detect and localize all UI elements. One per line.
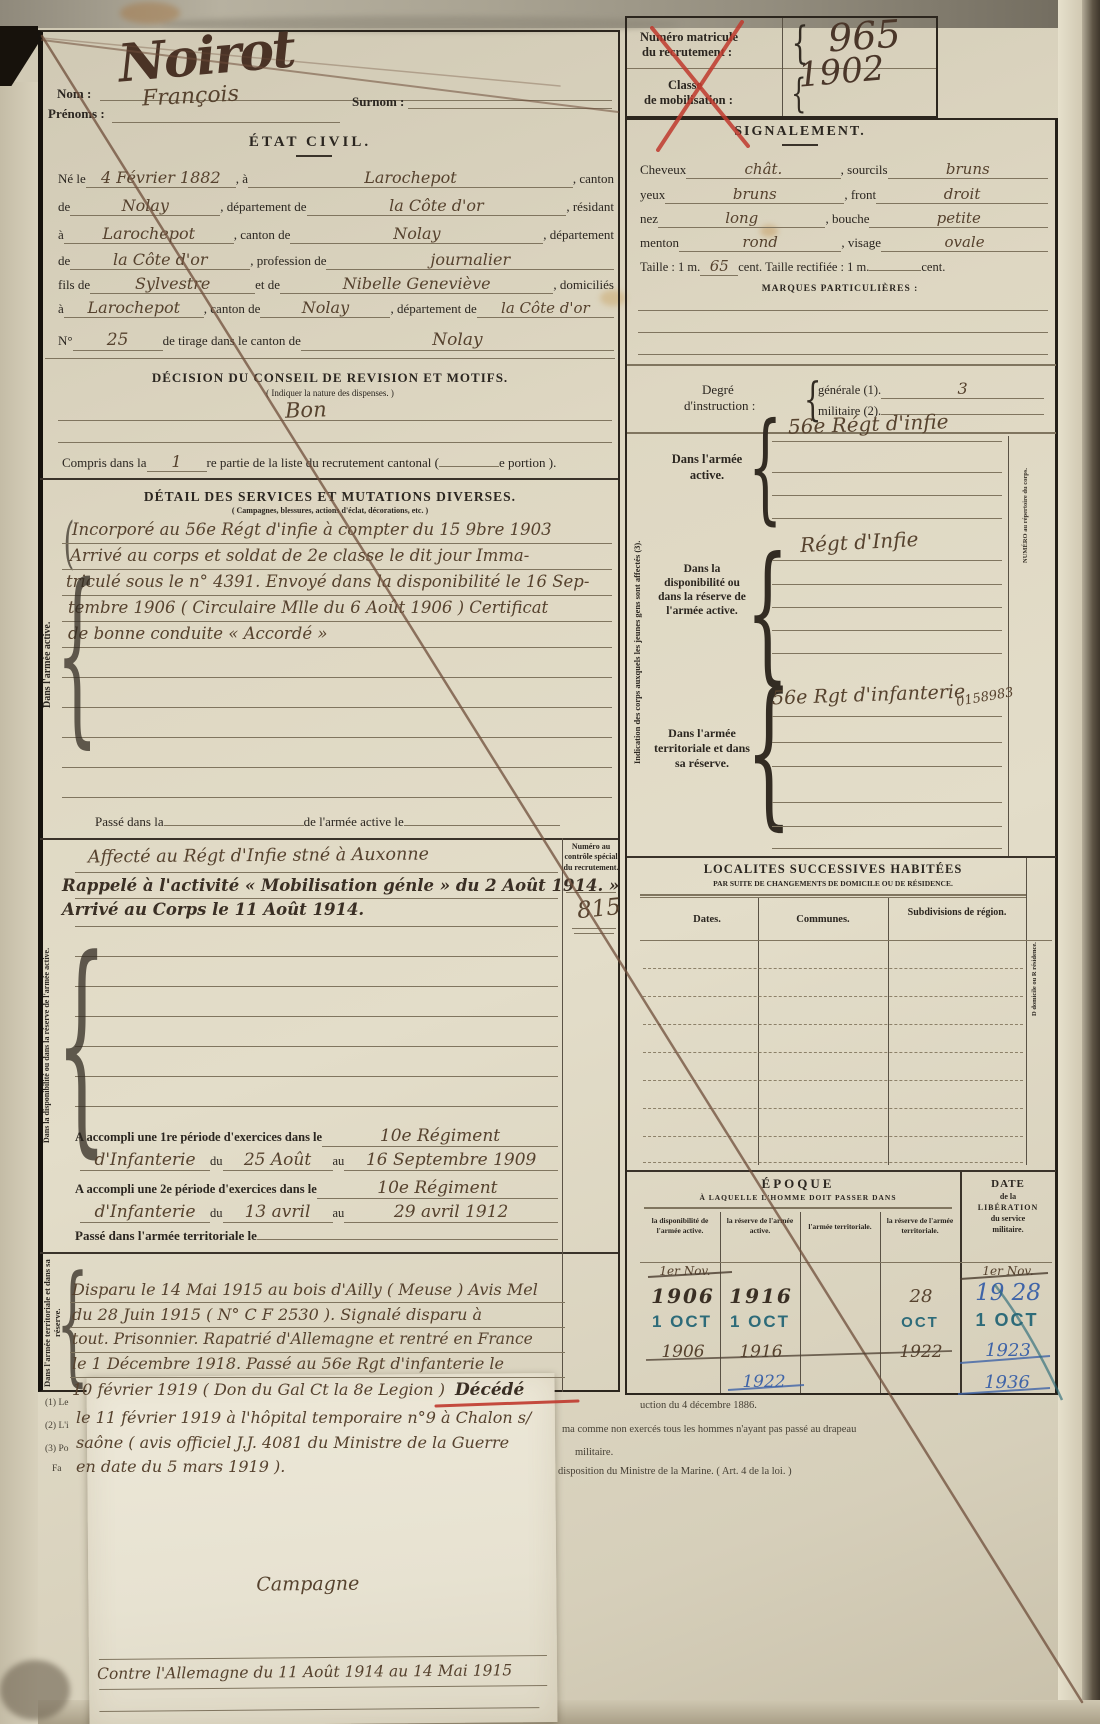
localites-col-subdivisions: Subdivisions de région. — [896, 906, 1018, 919]
ruled-line — [638, 354, 1048, 355]
residence-place: Larochepot — [64, 224, 234, 244]
compris-line: Compris dans la 1 re partie de la liste … — [62, 452, 612, 472]
label: cent. — [921, 260, 945, 275]
decision-subtitle: ( Indiquer la nature des dispenses. ) — [60, 388, 600, 398]
residence-line: à Larochepot , canton de Nolay , départe… — [58, 224, 614, 244]
ruled-line — [75, 1106, 558, 1107]
domicile-place: Larochepot — [64, 298, 204, 318]
label: au — [333, 1206, 345, 1221]
localites-title: LOCALITES SUCCESSIVES HABITÉES — [640, 862, 1026, 877]
label: , sourcils — [841, 162, 888, 178]
ruled-line — [572, 928, 616, 929]
table-row-line — [643, 1024, 1023, 1025]
epoque-col4-header: la réserve de l'armée territoriale. — [882, 1216, 958, 1236]
ruled-line — [772, 653, 1002, 654]
label: cent. Taille rectifiée : 1 m. — [738, 260, 869, 275]
footnote-text: militaire. — [575, 1447, 613, 1458]
label: au — [333, 1154, 345, 1169]
label: re partie de la liste du recrutement can… — [207, 455, 439, 471]
service-note-line: triculé sous le n° 4391. Envoyé dans la … — [66, 572, 589, 591]
ruled-line — [772, 495, 1002, 496]
birth-line-1: Né le 4 Février 1882 , à Larochepot , ca… — [58, 168, 614, 188]
territoriale-note-line: 10 février 1919 ( Don du Gal Ct la 8e Le… — [72, 1380, 524, 1400]
father-name: Sylvestre — [90, 274, 255, 294]
ruled-line — [772, 584, 1002, 585]
ruled-line — [112, 122, 340, 123]
label: , visage — [841, 235, 881, 251]
ruled-line — [62, 737, 612, 738]
margin-label-territoriale: Dans l'armée territoriale et dans sa rés… — [42, 1256, 57, 1390]
epoque-entry: 1916 — [726, 1342, 796, 1362]
residence-canton: Nolay — [290, 224, 543, 244]
profession-line: de la Côte d'or , profession de journali… — [58, 250, 614, 270]
localites-col-dates: Dates. — [662, 914, 752, 925]
ruled-line — [75, 1046, 558, 1047]
footnote-text: ma comme non exercés tous les hommes n'a… — [562, 1424, 856, 1435]
epoque-entry: 19 28 — [962, 1280, 1054, 1306]
ruled-line — [58, 420, 612, 421]
epoque-entry: 1er Nov. — [650, 1264, 720, 1278]
ruled-line — [99, 1707, 539, 1712]
affectation-line: Affecté au Régt d'Infie stné à Auxonne — [88, 845, 429, 868]
label: , résidant — [566, 199, 614, 215]
ruled-line — [640, 1262, 1052, 1263]
territoriale-note-line: en date du 5 mars 1919 ). — [76, 1457, 285, 1476]
ruled-line — [640, 940, 1052, 941]
periode2-fin: 29 avril 1912 — [344, 1202, 558, 1223]
localites-col-domicile-residence: D domicile ou R résidence. — [1031, 904, 1049, 1054]
mother-name: Nibelle Geneviève — [280, 274, 553, 294]
blank — [404, 825, 560, 826]
periode1-regiment: 10e Régiment — [322, 1126, 558, 1147]
controle-label: Numéro au contrôle spécial du recrutemen… — [563, 842, 619, 873]
marques-label: MARQUES PARTICULIÈRES : — [660, 284, 1020, 294]
territoriale-note-line: du 28 Juin 1915 ( N° C F 2530 ). Signalé… — [72, 1305, 482, 1324]
label: Taille : 1 m. — [640, 260, 700, 275]
signalement-title: SIGNALEMENT. — [660, 124, 940, 140]
visage-value: ovale — [881, 233, 1048, 252]
ruled-line — [638, 332, 1048, 333]
table-col-divider — [888, 898, 889, 1165]
firstname-value: François — [141, 81, 239, 111]
ruled-line — [70, 1377, 565, 1378]
ruled-line — [75, 1016, 558, 1017]
epoque-entry: 1er Nov. — [964, 1264, 1052, 1278]
nez-line: nez long , bouche petite — [640, 209, 1048, 228]
footnote-text: disposition du Ministre de la Marine. ( … — [558, 1466, 792, 1477]
label: , canton — [573, 171, 614, 187]
label: , canton de — [234, 227, 291, 243]
surnom-label: Surnom : — [352, 94, 404, 110]
label: yeux — [640, 187, 665, 203]
title-flourish — [296, 155, 332, 157]
parents-line: fils de Sylvestre et de Nibelle Genevièv… — [58, 274, 614, 294]
ruled-line — [62, 621, 612, 622]
passe-territoriale-line: Passé dans l'armée territoriale le — [75, 1228, 558, 1244]
table-row-line — [643, 1108, 1023, 1109]
double-rule — [627, 364, 1056, 366]
service-note-line: Incorporé au 56e Régt d'infie à compter … — [72, 520, 552, 539]
departement-value: la Côte d'or — [307, 196, 567, 216]
ruled-line — [75, 986, 558, 987]
profession-value: journalier — [326, 250, 614, 270]
epoque-entry: 1922 — [726, 1372, 802, 1392]
cheveux-line: Cheveux chât. , sourcils bruns — [640, 160, 1048, 179]
ruled-line — [640, 897, 1026, 898]
degre-label2: d'instruction : — [684, 398, 755, 414]
epoque-col3-header: l'armée territoriale. — [802, 1222, 878, 1232]
book-spine-shadow — [1082, 0, 1100, 1724]
ruled-line — [75, 898, 558, 899]
matricule-label2: du recrutement : — [642, 45, 732, 60]
ruled-line — [772, 607, 1002, 608]
classe-label2: de mobilisation : — [644, 93, 733, 108]
label: , domiciliés — [553, 277, 614, 293]
epoque-col-divider — [880, 1212, 881, 1393]
label: , front — [844, 187, 876, 203]
rappel-line: Rappelé à l'activité « Mobilisation génl… — [62, 876, 619, 895]
label: A accompli une 1re période d'exercices d… — [75, 1130, 322, 1145]
table-row-line — [643, 996, 1023, 997]
brace: { — [56, 560, 98, 750]
label: menton — [640, 235, 679, 251]
date-col-header-2: de la — [964, 1192, 1052, 1201]
table-row-line — [643, 1052, 1023, 1053]
ruled-line — [75, 926, 558, 927]
territoriale-note-line: tout. Prisonnier. Rapatrié d'Allemagne e… — [72, 1330, 533, 1348]
domicile-departement: la Côte d'or — [477, 299, 614, 318]
ruled-line — [75, 1076, 558, 1077]
ruled-line — [772, 826, 1002, 827]
label: Né le — [58, 171, 86, 187]
footnote-marker: (3) Po — [45, 1444, 69, 1454]
label: N° — [58, 333, 73, 349]
periode1-dates: d'Infanterie du 25 Août au 16 Septembre … — [80, 1150, 558, 1171]
ruled-line — [772, 766, 1002, 767]
epoque-entry: 1916 — [726, 1284, 796, 1308]
label: , à — [236, 171, 248, 187]
section-divider — [627, 1170, 1056, 1172]
periode2-line: A accompli une 2e période d'exercices da… — [75, 1178, 558, 1199]
epoque-stamp: 1 OCT — [962, 1310, 1052, 1331]
nez-value: long — [658, 209, 825, 228]
section-divider — [627, 856, 1056, 858]
territoriale-note-line: saône ( avis officiel J.J. 4081 du Minis… — [76, 1433, 509, 1452]
epoque-entry: 1936 — [962, 1372, 1052, 1393]
service-note-line: Arrivé au corps et soldat de 2e classe l… — [70, 546, 529, 565]
periode2-regiment: 10e Régiment — [317, 1178, 558, 1199]
margin-label-indication: Indication des corps auxquels les jeunes… — [632, 442, 646, 862]
date-col-header-4: du service — [964, 1214, 1052, 1223]
localites-subtitle: PAR SUITE DE CHANGEMENTS DE DOMICILE OU … — [640, 879, 1026, 888]
date-col-header-5: militaire. — [964, 1225, 1052, 1234]
liste-partie: 1 — [147, 452, 207, 472]
footnote-text: uction du 4 décembre 1886. — [640, 1400, 757, 1411]
footnote-marker: (2) L'i — [45, 1421, 69, 1431]
domicile-line: à Larochepot , canton de Nolay , départe… — [58, 298, 614, 318]
ruled-line — [99, 1685, 547, 1690]
label: A accompli une 2e période d'exercices da… — [75, 1182, 317, 1197]
territoriale-note-line: Disparu le 14 Mai 1915 au bois d'Ailly (… — [72, 1280, 538, 1299]
blank — [439, 466, 499, 467]
epoque-entry: 1923 — [964, 1340, 1052, 1361]
stain — [0, 1660, 70, 1720]
footnote-marker: (1) Le — [45, 1398, 68, 1408]
date-col-header-3: LIBÉRATION — [964, 1203, 1052, 1212]
ruled-line — [772, 848, 1002, 849]
ruled-line — [408, 108, 612, 109]
epoque-entry: 1906 — [648, 1284, 718, 1308]
ruled-line — [566, 892, 616, 893]
ruled-line — [772, 441, 1002, 442]
decision-title: DÉCISION DU CONSEIL DE REVISION ET MOTIF… — [60, 370, 600, 386]
territoriale-note-line: le 11 février 1919 à l'hôpital temporair… — [76, 1408, 531, 1427]
blank — [869, 270, 921, 271]
label: générale (1). — [818, 383, 881, 398]
note-text: 10 février 1919 ( Don du Gal Ct la 8e Le… — [72, 1380, 445, 1399]
taille-line: Taille : 1 m. 65 cent. Taille rectifiée … — [640, 257, 1048, 276]
periode2-dates: d'Infanterie du 13 avril au 29 avril 191… — [80, 1202, 558, 1223]
ruled-line — [45, 358, 615, 359]
table-col-divider — [758, 898, 759, 1165]
ruled-line — [99, 1655, 547, 1660]
ruled-line — [62, 569, 612, 570]
ruled-line — [62, 767, 612, 768]
epoque-stamp: 1 OCT — [722, 1312, 798, 1332]
label: du — [210, 1206, 223, 1221]
date-col-header-1: DATE — [964, 1178, 1052, 1190]
table-row-line — [643, 968, 1023, 969]
bouche-value: petite — [869, 209, 1048, 228]
label: du — [210, 1154, 223, 1169]
classe-value: 1902 — [796, 48, 886, 95]
ruled-line — [638, 310, 1048, 311]
epoque-col-divider — [720, 1212, 721, 1393]
label: Cheveux — [640, 162, 686, 178]
matricule-label: Numéro matricule — [640, 30, 738, 45]
menton-line: menton rond , visage ovale — [640, 233, 1048, 252]
repertoire-divider — [1008, 436, 1009, 856]
degre-generale-line: générale (1). 3 — [818, 379, 1044, 399]
epoque-col1-header: la disponibilité de l'armée active. — [642, 1216, 718, 1236]
ruled-line — [62, 797, 612, 798]
stain — [120, 2, 180, 24]
label: e portion ). — [499, 455, 556, 471]
matricule-col-divider — [782, 18, 783, 116]
section-divider — [40, 838, 618, 840]
ruled-line — [772, 716, 1002, 717]
passe-active-line: Passé dans la de l'armée active le — [95, 814, 560, 830]
table-col-divider — [1026, 858, 1027, 1165]
services-title: DÉTAIL DES SERVICES ET MUTATIONS DIVERSE… — [60, 489, 600, 505]
service-note-line: de bonne conduite « Accordé » — [68, 624, 327, 643]
ruled-line — [75, 872, 558, 873]
territoriale-note-line: le 1 Décembre 1918. Passé au 56e Rgt d'i… — [72, 1354, 504, 1373]
section-divider — [40, 478, 618, 480]
label: de — [58, 253, 70, 269]
decision-value: Bon — [285, 397, 327, 422]
ruled-line — [70, 1352, 565, 1353]
birth-date: 4 Février 1882 — [86, 168, 236, 188]
etat-civil-title: ÉTAT CIVIL. — [180, 134, 440, 151]
periode1-fin: 16 Septembre 1909 — [344, 1150, 558, 1171]
services-subtitle: ( Campagnes, blessures, actions d'éclat,… — [60, 506, 600, 515]
deceased-mention: Décédé — [455, 1380, 524, 1400]
label: , département de — [220, 199, 306, 215]
title-flourish — [782, 144, 818, 146]
service-note-line: tembre 1906 ( Circulaire Mlle du 6 Août … — [68, 598, 548, 617]
epoque-entry: 1906 — [648, 1342, 718, 1362]
ruled-line — [62, 595, 612, 596]
classe-label: Classe — [668, 78, 702, 93]
residence-departement: la Côte d'or — [70, 250, 250, 270]
label: et de — [255, 277, 280, 293]
label: de — [58, 199, 70, 215]
ruled-line — [75, 956, 558, 957]
ruled-line — [574, 933, 614, 934]
ruled-line — [62, 543, 612, 544]
epoque-subtitle: À LAQUELLE L'HOMME DOIT PASSER DANS — [640, 1193, 956, 1202]
left-edge — [0, 82, 38, 1724]
birth-place: Larochepot — [248, 168, 573, 188]
controle-strip-border — [562, 838, 563, 1392]
slip-campagne-label: Campagne — [256, 1573, 359, 1596]
section-divider — [40, 1252, 618, 1254]
degre-label1: Degré — [702, 382, 734, 398]
military-register-sheet: Nom : Noirot Prénoms : François Surnom :… — [0, 0, 1100, 1724]
ruled-line — [70, 1327, 565, 1328]
table-row-line — [643, 1162, 1023, 1163]
ruled-line — [62, 677, 612, 678]
epoque-col-divider — [800, 1212, 801, 1393]
nom-label: Nom : — [57, 86, 91, 102]
epoque-title: ÉPOQUE — [640, 1176, 956, 1192]
ruled-line — [772, 518, 1002, 519]
degre-generale-value: 3 — [881, 379, 1044, 399]
label: , département — [543, 227, 614, 243]
menton-value: rond — [679, 233, 841, 252]
ruled-line — [62, 707, 612, 708]
localites-col-communes: Communes. — [770, 914, 876, 925]
label: Passé dans la — [95, 814, 164, 830]
corps-active-label: Dans l'armée active. — [656, 452, 758, 483]
corps-territoriale-label: Dans l'armée territoriale et dans sa rés… — [652, 726, 752, 771]
controle-number: 815 — [576, 894, 622, 924]
periode1-regiment2: d'Infanterie — [80, 1150, 210, 1171]
tirage-line: N° 25 de tirage dans le canton de Nolay — [58, 330, 614, 351]
periode1-debut: 25 Août — [223, 1150, 333, 1171]
label: fils de — [58, 277, 90, 293]
ruled-line — [772, 560, 1002, 561]
tirage-number: 25 — [73, 330, 163, 351]
double-rule — [644, 1207, 952, 1209]
sourcils-value: bruns — [888, 160, 1048, 179]
epoque-stamp: OCT — [884, 1314, 956, 1331]
label: Passé dans l'armée territoriale le — [75, 1228, 257, 1244]
label: , profession de — [250, 253, 326, 269]
label: , bouche — [825, 211, 869, 227]
birth-line-2: de Nolay , département de la Côte d'or ,… — [58, 196, 614, 216]
ruled-line — [772, 630, 1002, 631]
periode2-debut: 13 avril — [223, 1202, 333, 1223]
slip-campaign-entry: Contre l'Allemagne du 11 Août 1914 au 14… — [97, 1661, 512, 1683]
taille-value: 65 — [700, 257, 738, 276]
torn-corner — [0, 26, 38, 86]
periode2-regiment2: d'Infanterie — [80, 1202, 210, 1223]
ruled-line — [70, 1302, 565, 1303]
label: nez — [640, 211, 658, 227]
epoque-col2-header: la réserve de l'armée active. — [722, 1216, 798, 1236]
ruled-line — [62, 647, 612, 648]
ruled-line — [772, 472, 1002, 473]
arrivee-line: Arrivé au Corps le 11 Août 1914. — [62, 900, 364, 919]
canton-value: Nolay — [70, 196, 220, 216]
repertoire-label: NUMÉRO au répertoire du corps. — [1022, 440, 1034, 590]
corps-dispo-label: Dans la disponibilité ou dans la réserve… — [652, 562, 752, 618]
label: de tirage dans le canton de — [163, 333, 301, 349]
blank — [164, 825, 304, 826]
epoque-entry: 1922 — [886, 1342, 956, 1362]
yeux-value: bruns — [665, 185, 844, 204]
yeux-line: yeux bruns , front droit — [640, 185, 1048, 204]
page-right-edge — [1058, 0, 1084, 1724]
table-row-line — [643, 1136, 1023, 1137]
epoque-stamp: 1 OCT — [644, 1312, 720, 1332]
periode1-line: A accompli une 1re période d'exercices d… — [75, 1126, 558, 1147]
label: de l'armée active le — [304, 814, 404, 830]
label: , département de — [390, 301, 476, 317]
label: Compris dans la — [62, 455, 147, 471]
double-rule — [640, 894, 1026, 896]
footnote-marker: Fa — [52, 1464, 62, 1474]
ruled-line — [772, 802, 1002, 803]
tirage-canton: Nolay — [301, 330, 614, 351]
ruled-line — [58, 442, 612, 443]
blank — [257, 1239, 558, 1240]
domicile-canton: Nolay — [260, 298, 390, 318]
label: , canton de — [204, 301, 261, 317]
cheveux-value: chât. — [686, 160, 840, 179]
prenoms-label: Prénoms : — [48, 106, 105, 122]
ruled-line — [772, 742, 1002, 743]
front-value: droit — [876, 185, 1048, 204]
margin-label-disponibilite: Dans la disponibilité ou dans la réserve… — [42, 920, 57, 1170]
epoque-entry: 28 — [886, 1286, 956, 1307]
table-row-line — [643, 1080, 1023, 1081]
